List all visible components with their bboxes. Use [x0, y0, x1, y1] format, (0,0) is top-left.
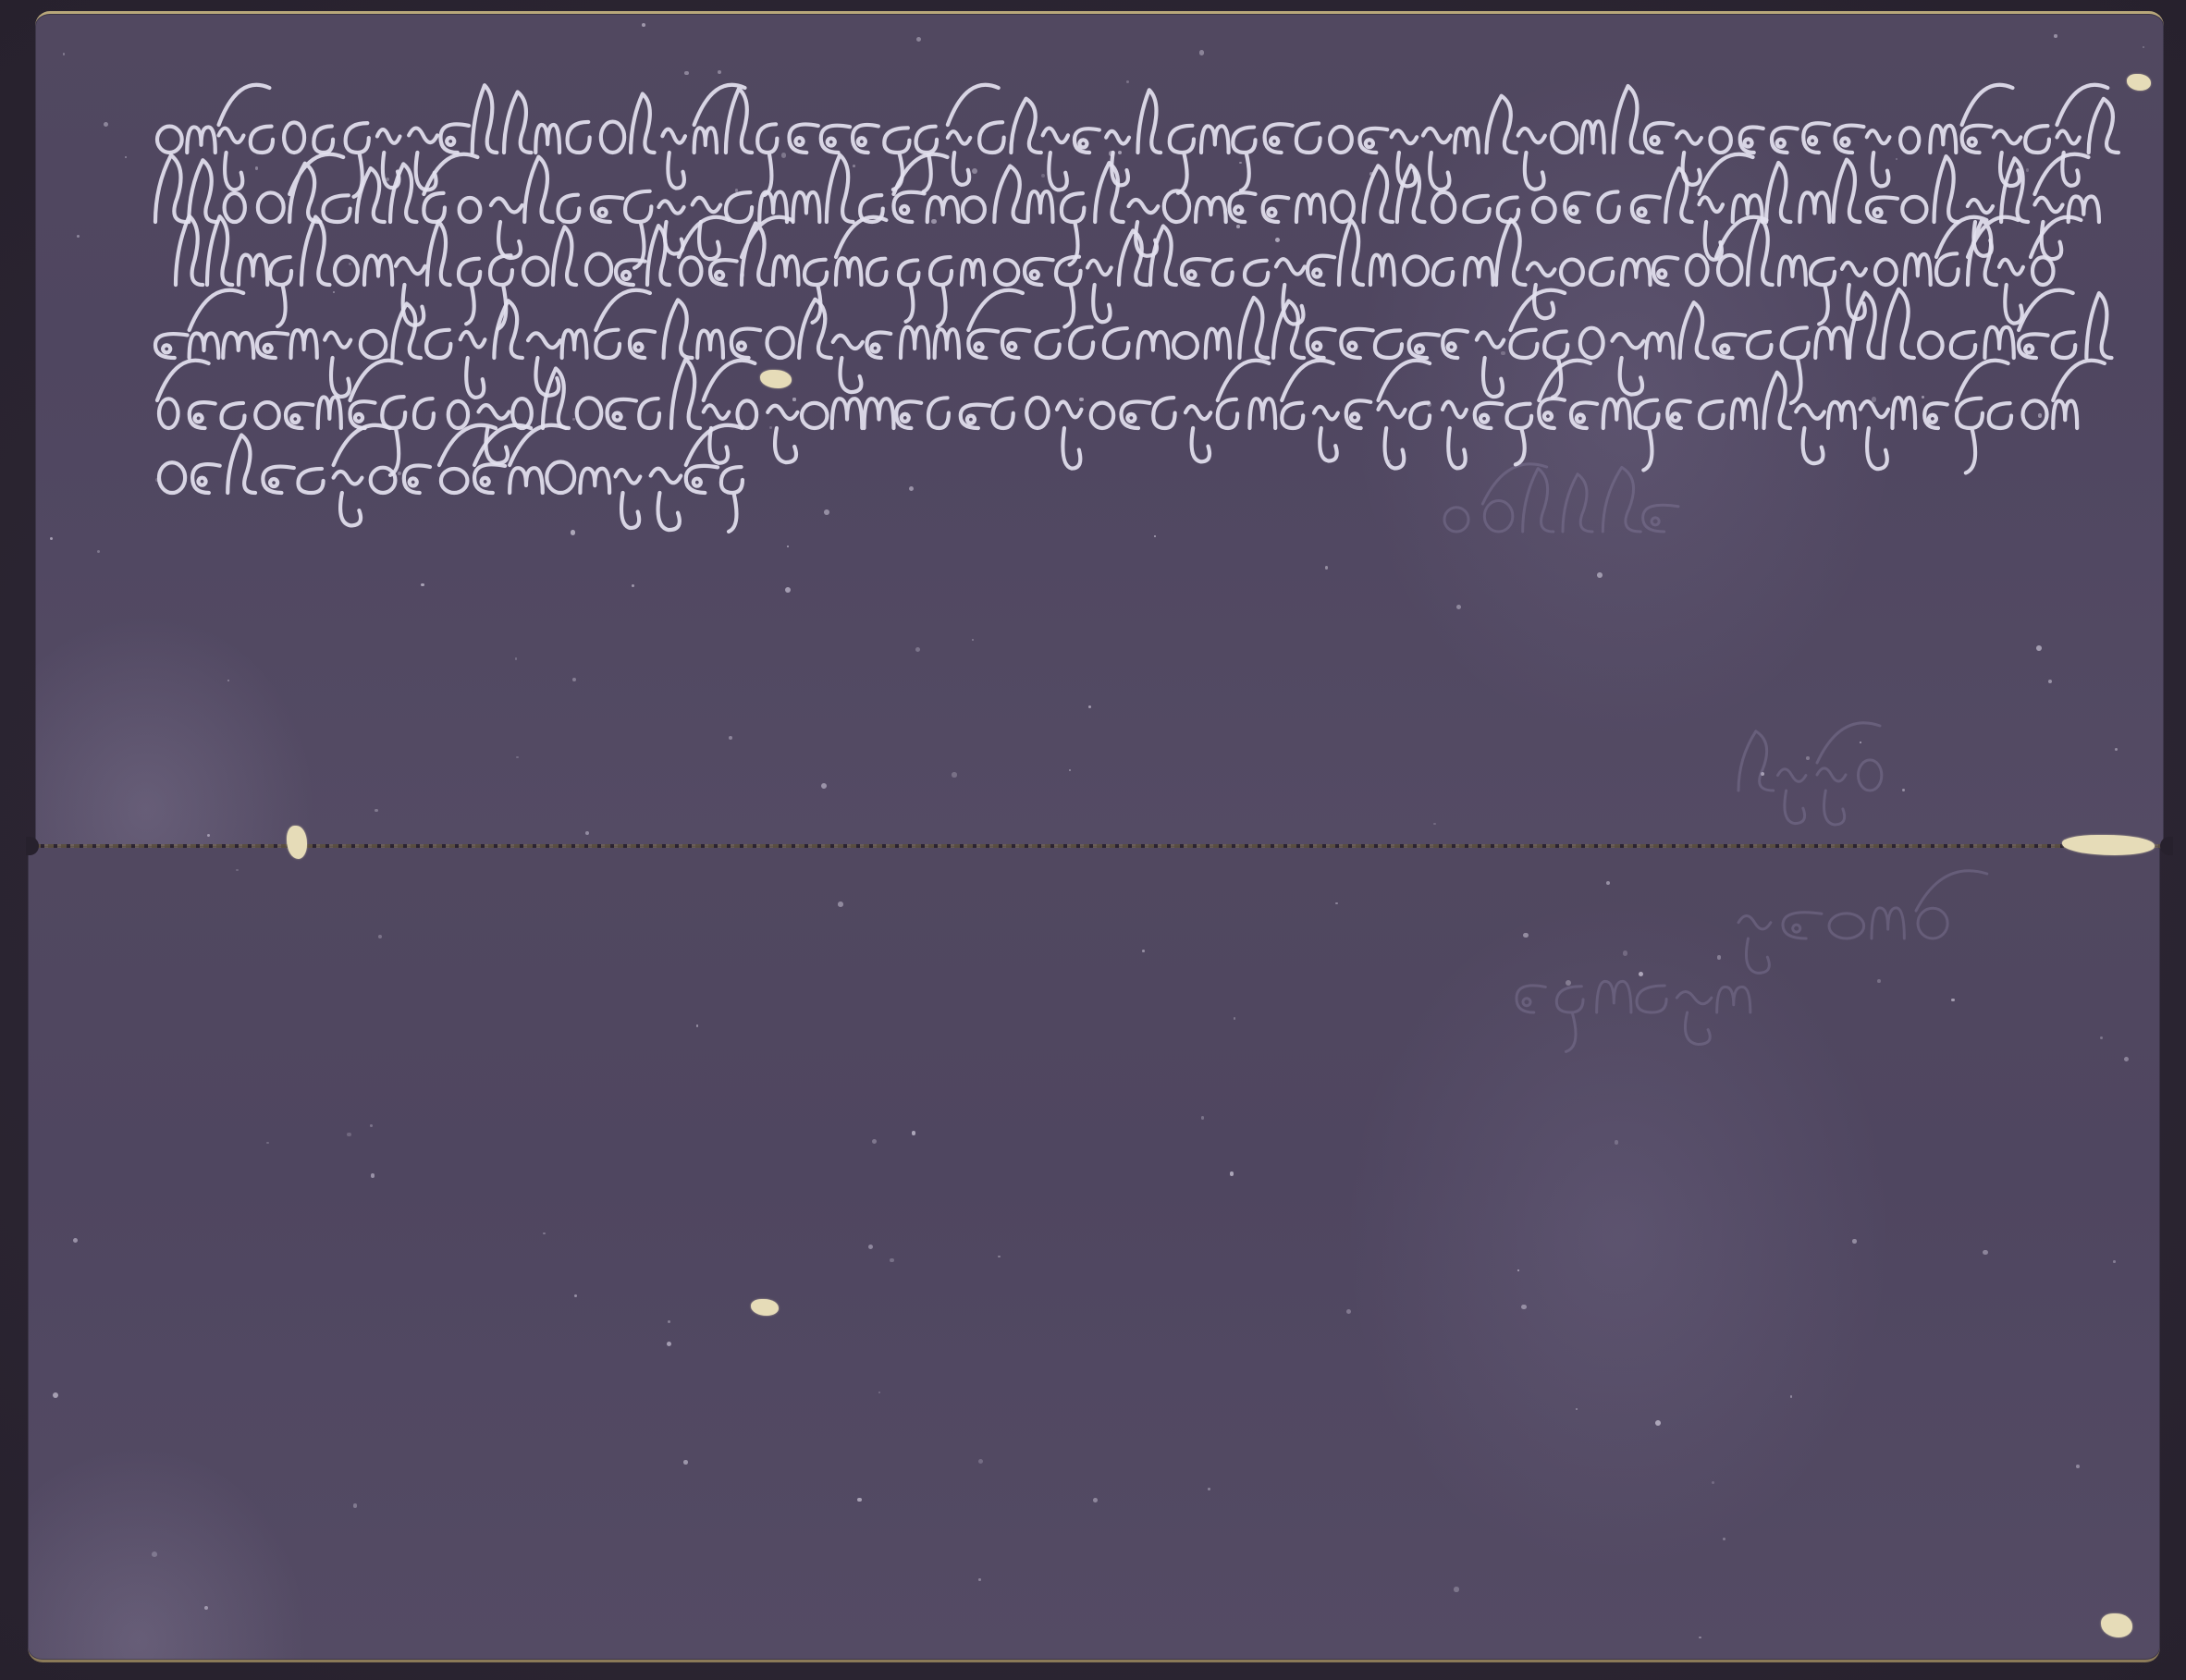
dust-speck	[421, 583, 424, 587]
dust-speck	[1208, 1488, 1210, 1490]
dust-speck	[792, 398, 795, 400]
dust-speck	[2026, 168, 2029, 171]
dust-speck	[370, 1124, 373, 1127]
dust-speck	[63, 53, 66, 55]
dust-speck	[1877, 979, 1881, 983]
dust-speck	[386, 178, 389, 181]
dust-speck	[1699, 1637, 1701, 1638]
dust-speck	[838, 901, 843, 907]
dust-speck	[853, 165, 855, 167]
dust-speck	[574, 1294, 577, 1297]
dust-speck	[1806, 756, 1810, 760]
dust-speck	[998, 1256, 1000, 1257]
dust-speck	[53, 1392, 58, 1398]
dust-speck	[1717, 955, 1721, 959]
dust-speck	[1346, 1309, 1351, 1314]
dust-speck	[1427, 402, 1431, 407]
dust-speck	[1433, 823, 1435, 825]
dust-speck	[785, 587, 791, 593]
dust-speck	[97, 550, 100, 553]
dust-speck	[255, 166, 258, 169]
damage-spot	[287, 826, 307, 859]
dust-speck	[1335, 902, 1337, 904]
dust-speck	[2100, 1036, 2103, 1039]
dust-speck	[266, 1142, 269, 1145]
dust-speck	[642, 23, 645, 27]
dust-speck	[1922, 396, 1924, 399]
dust-speck	[1852, 1239, 1857, 1244]
dust-speck	[781, 153, 787, 158]
dust-speck	[1639, 972, 1643, 976]
dust-speck	[2054, 34, 2057, 37]
dust-speck	[1576, 1408, 1578, 1410]
dust-speck	[821, 783, 827, 789]
dust-speck	[572, 418, 575, 421]
dust-speck	[1951, 999, 1955, 1002]
dust-speck	[1236, 225, 1240, 228]
dust-speck	[868, 1245, 873, 1249]
dust-speck	[890, 1258, 894, 1263]
dust-speck	[684, 71, 688, 75]
dust-speck	[1142, 950, 1145, 952]
dust-speck	[1325, 566, 1328, 569]
dust-speck	[1723, 1538, 1725, 1540]
dust-speck	[1872, 397, 1876, 401]
dust-speck	[1088, 705, 1091, 708]
dust-speck	[125, 156, 127, 158]
dust-speck	[349, 263, 351, 265]
dust-speck	[572, 678, 576, 681]
manuscript-panel-top	[35, 11, 2164, 849]
fold-crease	[35, 844, 2164, 848]
dust-speck	[978, 1459, 983, 1464]
dust-speck	[857, 1498, 862, 1502]
dust-speck	[1201, 1116, 1204, 1119]
dust-speck	[2113, 1260, 2116, 1263]
dust-speck	[824, 509, 829, 515]
dust-speck	[683, 1460, 688, 1465]
dust-speck	[1069, 769, 1071, 771]
dust-speck	[2076, 1465, 2080, 1468]
dust-speck	[543, 1232, 546, 1235]
dust-speck	[1079, 398, 1084, 402]
dust-speck	[1983, 1250, 1988, 1256]
dust-speck	[1275, 238, 1280, 242]
dust-speck	[1369, 172, 1373, 176]
dust-speck	[1523, 933, 1528, 938]
dust-speck	[516, 756, 518, 758]
dust-speck	[909, 486, 914, 491]
dust-speck	[1093, 1498, 1098, 1502]
damage-spot	[2127, 74, 2151, 91]
fold-notch-right	[2160, 837, 2173, 855]
dust-speck	[333, 291, 335, 293]
dust-speck	[952, 772, 956, 777]
dust-speck	[515, 657, 517, 659]
dust-speck	[931, 219, 937, 225]
dust-speck	[1109, 151, 1114, 156]
dust-speck	[152, 1551, 157, 1557]
dust-speck	[398, 472, 401, 475]
dust-speck	[978, 1578, 981, 1581]
manuscript-panel-bottom	[28, 846, 2160, 1662]
dust-speck	[375, 809, 377, 812]
dust-speck	[2143, 46, 2144, 48]
dust-speck	[729, 736, 732, 740]
dust-speck	[668, 1320, 670, 1323]
dust-speck	[1454, 1587, 1458, 1591]
dust-speck	[667, 1342, 671, 1346]
dust-speck	[1655, 1420, 1661, 1426]
dust-speck	[2036, 645, 2042, 651]
dust-speck	[378, 935, 382, 938]
manuscript-scene: folded manuscript (parabaik) page Burmes…	[0, 0, 2186, 1680]
